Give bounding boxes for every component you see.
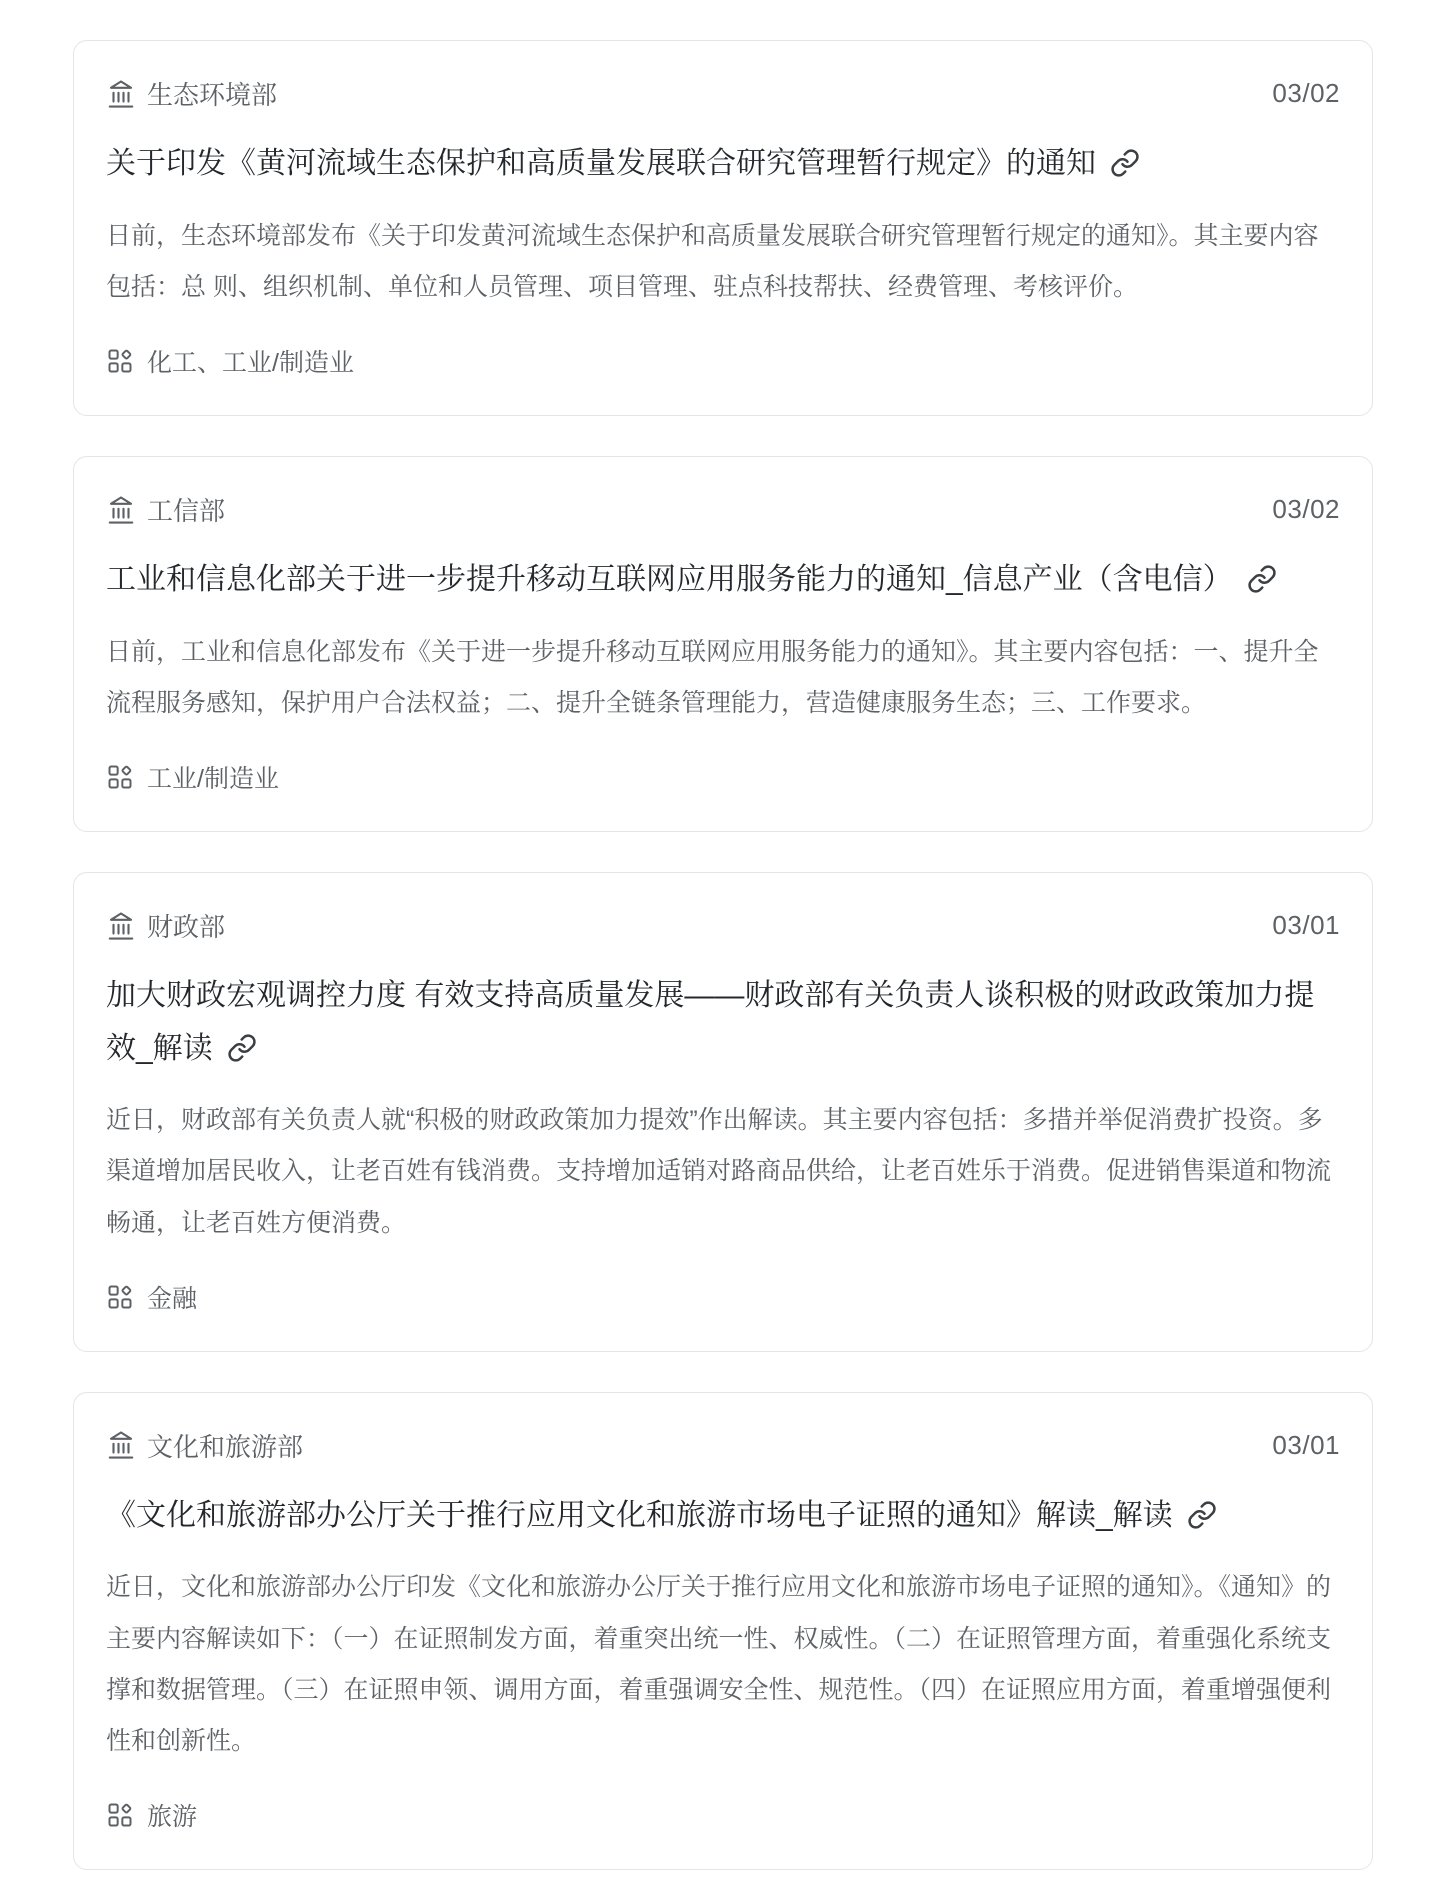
category-grid-icon [106,1801,134,1829]
source: 文化和旅游部 [106,1427,303,1464]
card-header: 文化和旅游部 03/01 [106,1427,1340,1464]
news-card: 文化和旅游部 03/01 《文化和旅游部办公厅关于推行应用文化和旅游市场电子证照… [73,1392,1373,1871]
news-card: 工信部 03/02 工业和信息化部关于进一步提升移动互联网应用服务能力的通知_信… [73,456,1373,832]
article-title-text[interactable]: 工业和信息化部关于进一步提升移动互联网应用服务能力的通知_信息产业（含电信） [106,563,1233,596]
category-grid-icon [106,763,134,791]
link-icon[interactable] [227,1033,257,1063]
tag-label: 金融 [147,1279,197,1315]
tag-row: 金融 [106,1279,1340,1315]
article-summary: 近日，财政部有关负责人就“积极的财政政策加力提效”作出解读。其主要内容包括：多措… [106,1095,1340,1249]
tag-label: 旅游 [147,1797,197,1833]
card-header: 工信部 03/02 [106,491,1340,528]
news-card: 生态环境部 03/02 关于印发《黄河流域生态保护和高质量发展联合研究管理暂行规… [73,40,1373,416]
tag-label: 工业/制造业 [147,759,279,795]
source-name: 财政部 [147,907,225,944]
publish-date: 03/01 [1272,910,1340,941]
tag-row: 旅游 [106,1797,1340,1833]
source-name: 工信部 [147,491,225,528]
source: 工信部 [106,491,225,528]
tag-row: 化工、工业/制造业 [106,343,1340,379]
source-name: 生态环境部 [147,75,277,112]
article-summary: 日前，生态环境部发布《关于印发黄河流域生态保护和高质量发展联合研究管理暂行规定的… [106,211,1340,314]
publish-date: 03/02 [1272,78,1340,109]
article-title-text[interactable]: 《文化和旅游部办公厅关于推行应用文化和旅游市场电子证照的通知》解读_解读 [106,1499,1173,1532]
landmark-icon [106,911,136,941]
card-header: 生态环境部 03/02 [106,75,1340,112]
article-title[interactable]: 关于印发《黄河流域生态保护和高质量发展联合研究管理暂行规定》的通知 [106,138,1340,191]
landmark-icon [106,1430,136,1460]
tag-label: 化工、工业/制造业 [147,343,354,379]
landmark-icon [106,79,136,109]
link-icon[interactable] [1110,148,1140,178]
source-name: 文化和旅游部 [147,1427,303,1464]
tag-row: 工业/制造业 [106,759,1340,795]
article-title-text[interactable]: 关于印发《黄河流域生态保护和高质量发展联合研究管理暂行规定》的通知 [106,147,1096,180]
article-title[interactable]: 加大财政宏观调控力度 有效支持高质量发展——财政部有关负责人谈积极的财政政策加力… [106,970,1340,1075]
article-title[interactable]: 《文化和旅游部办公厅关于推行应用文化和旅游市场电子证照的通知》解读_解读 [106,1490,1340,1543]
link-icon[interactable] [1187,1500,1217,1530]
category-grid-icon [106,347,134,375]
article-title[interactable]: 工业和信息化部关于进一步提升移动互联网应用服务能力的通知_信息产业（含电信） [106,554,1340,607]
source: 财政部 [106,907,225,944]
landmark-icon [106,495,136,525]
news-card: 财政部 03/01 加大财政宏观调控力度 有效支持高质量发展——财政部有关负责人… [73,872,1373,1352]
article-title-text[interactable]: 加大财政宏观调控力度 有效支持高质量发展——财政部有关负责人谈积极的财政政策加力… [106,979,1314,1065]
category-grid-icon [106,1283,134,1311]
source: 生态环境部 [106,75,277,112]
article-summary: 近日，文化和旅游部办公厅印发《文化和旅游办公厅关于推行应用文化和旅游市场电子证照… [106,1562,1340,1767]
article-summary: 日前，工业和信息化部发布《关于进一步提升移动互联网应用服务能力的通知》。其主要内… [106,627,1340,730]
link-icon[interactable] [1247,564,1277,594]
policy-news-feed: 生态环境部 03/02 关于印发《黄河流域生态保护和高质量发展联合研究管理暂行规… [73,40,1373,1870]
card-header: 财政部 03/01 [106,907,1340,944]
publish-date: 03/02 [1272,494,1340,525]
publish-date: 03/01 [1272,1430,1340,1461]
